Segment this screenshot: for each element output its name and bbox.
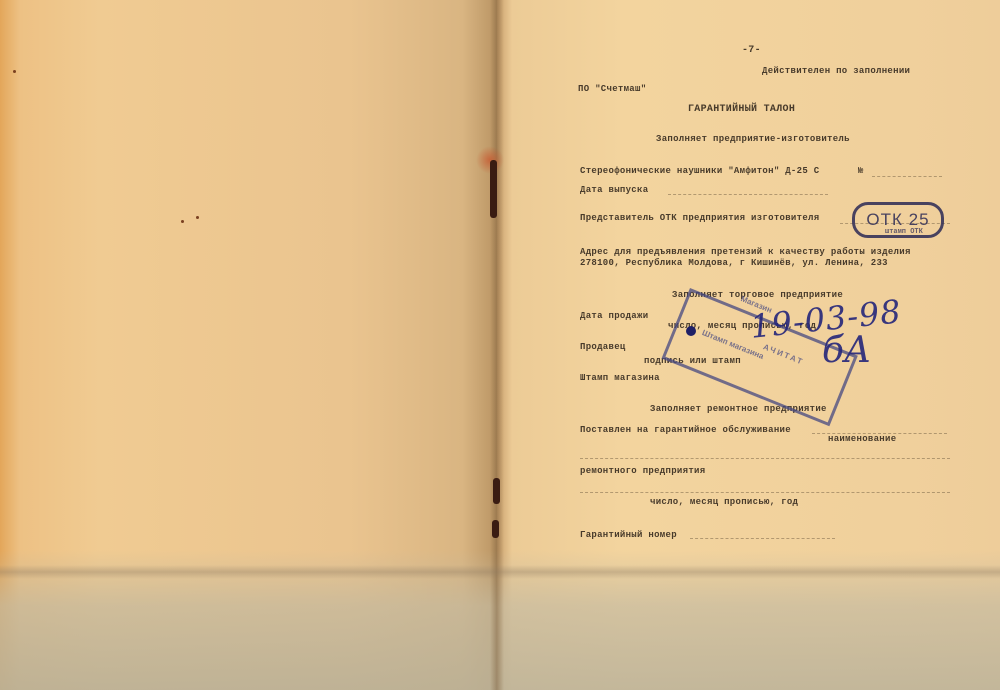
- repair-name-hint: наименование: [828, 434, 896, 444]
- repair-date-field: [580, 492, 950, 493]
- serial-number-label: №: [858, 166, 864, 176]
- ink-blot: [686, 326, 696, 336]
- coupon-title: ГАРАНТИЙНЫЙ ТАЛОН: [688, 104, 795, 115]
- address-line-2: 278100, Республика Молдова, г Кишинёв, у…: [580, 258, 888, 268]
- left-page-blank: [0, 0, 497, 690]
- warranty-number-label: Гарантийный номер: [580, 530, 677, 540]
- open-booklet: -7- Действителен по заполнении ПО "Счетм…: [0, 0, 1000, 690]
- binding-gutter: [490, 0, 504, 690]
- manufacturer-section: Заполняет предприятие-изготовитель: [656, 134, 850, 144]
- otk-representative-label: Представитель ОТК предприятия изготовите…: [580, 213, 819, 223]
- speck: [181, 220, 184, 223]
- horizontal-fold: [0, 565, 1000, 579]
- sale-date-label: Дата продажи: [580, 311, 648, 321]
- validity-note: Действителен по заполнении: [762, 66, 910, 76]
- store-stamp-label: Штамп магазина: [580, 373, 660, 383]
- warranty-number-field: [690, 538, 835, 539]
- staple-top: [490, 160, 497, 218]
- speck: [13, 70, 16, 73]
- seller-label: Продавец: [580, 342, 626, 352]
- release-date-field: [668, 194, 828, 195]
- repair-date-hint: число, месяц прописью, год: [650, 497, 798, 507]
- repair-org-label: ремонтного предприятия: [580, 466, 705, 476]
- serial-number-field: [872, 176, 942, 177]
- otk-stamp-caption: штамп ОТК: [885, 228, 923, 236]
- address-line-1: Адрес для предъявления претензий к качес…: [580, 247, 911, 257]
- seller-signature: бА: [822, 330, 871, 371]
- release-date-label: Дата выпуска: [580, 185, 648, 195]
- speck: [196, 216, 199, 219]
- staple-bottom-end: [492, 520, 499, 538]
- page-number: -7-: [742, 45, 761, 56]
- product-name: Стереофонические наушники "Амфитон" Д-25…: [580, 166, 819, 176]
- service-label: Поставлен на гарантийное обслуживание: [580, 425, 791, 435]
- staple-bottom: [493, 478, 500, 504]
- repair-name-field: [580, 458, 950, 459]
- store-label: ПО "Счетмаш": [578, 84, 646, 94]
